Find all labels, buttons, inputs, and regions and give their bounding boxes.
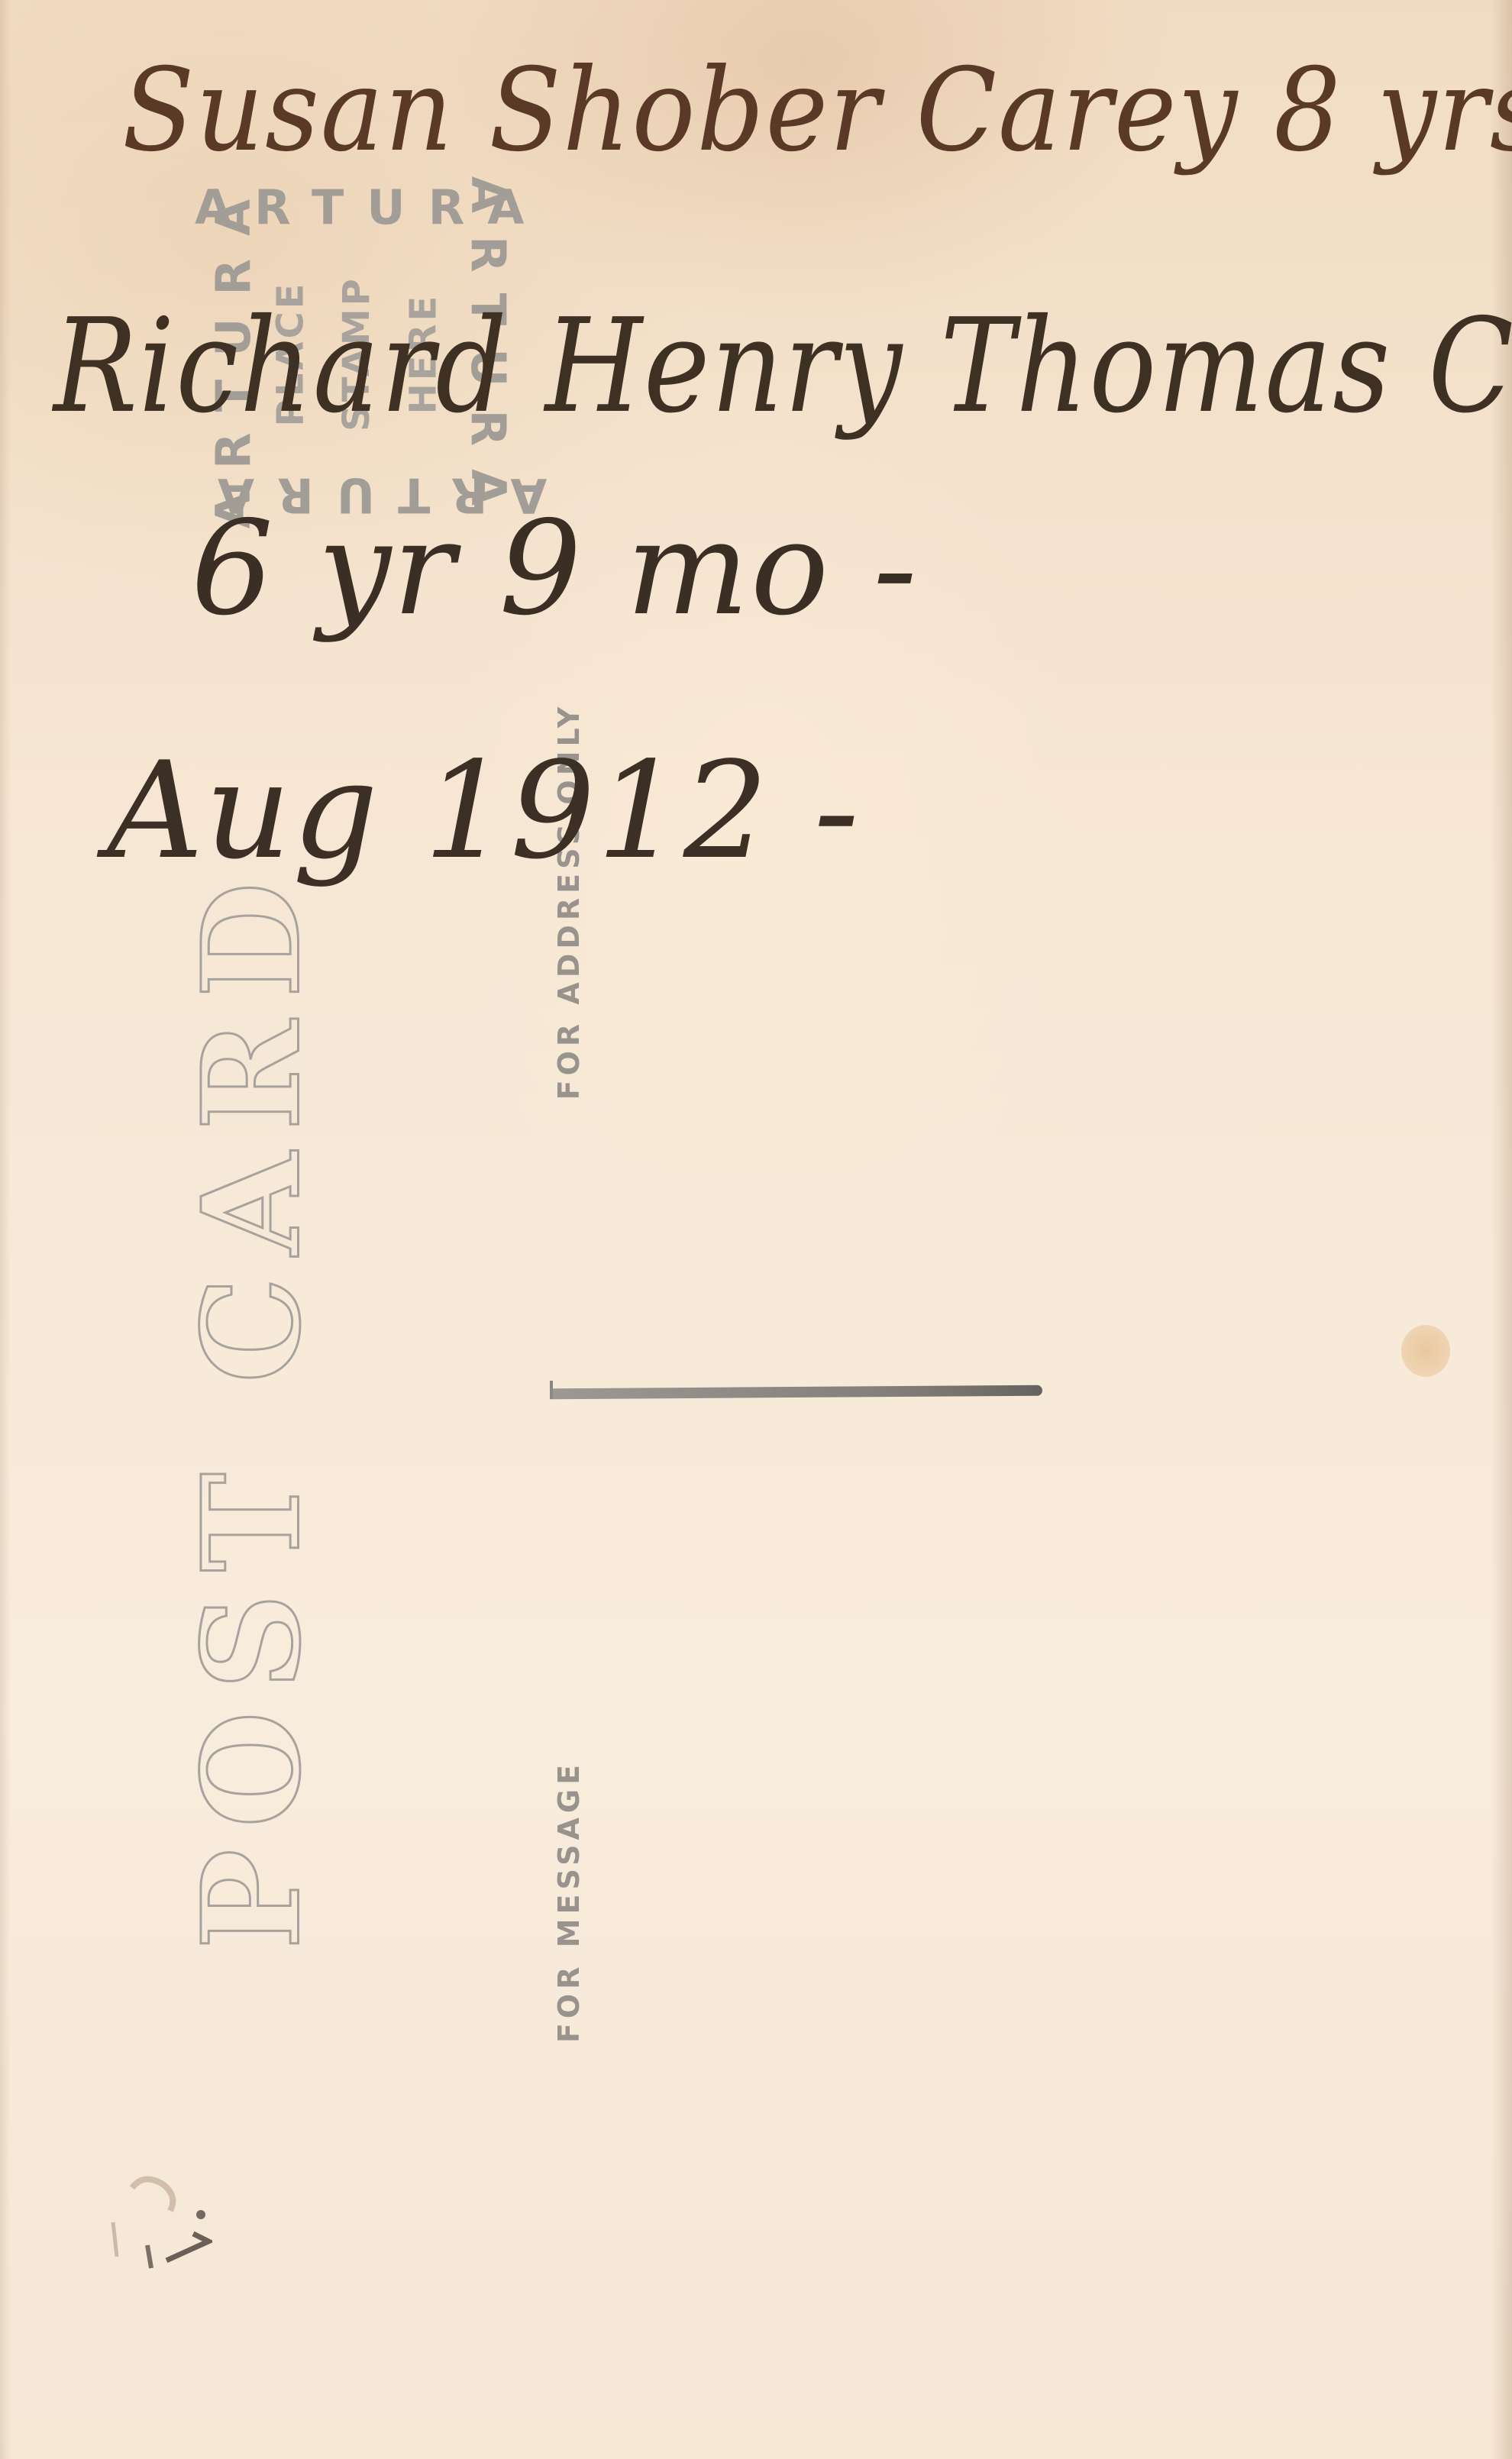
message-label: FOR MESSAGE	[552, 1760, 586, 2043]
paper-stain	[1401, 1325, 1450, 1377]
handwriting-line-2: Richard Henry Thomas Carey	[53, 302, 1512, 431]
postcard-back: ARTURA ARTURA ARTURA ARTURA PLACE STAMP …	[0, 0, 1512, 2459]
handwriting-date: Aug 1912 -	[107, 745, 861, 878]
handwriting-line-3: 6 yr 9 mo -	[191, 504, 919, 634]
post-card-title: POST CARD	[174, 861, 331, 1950]
handwriting-line-1: Susan Shober Carey 8 yrs 1 mo	[122, 53, 1512, 168]
pencil-corner-mark	[86, 2165, 212, 2276]
paper-edge-left	[0, 0, 11, 2459]
address-divider-line	[550, 1385, 1042, 1400]
